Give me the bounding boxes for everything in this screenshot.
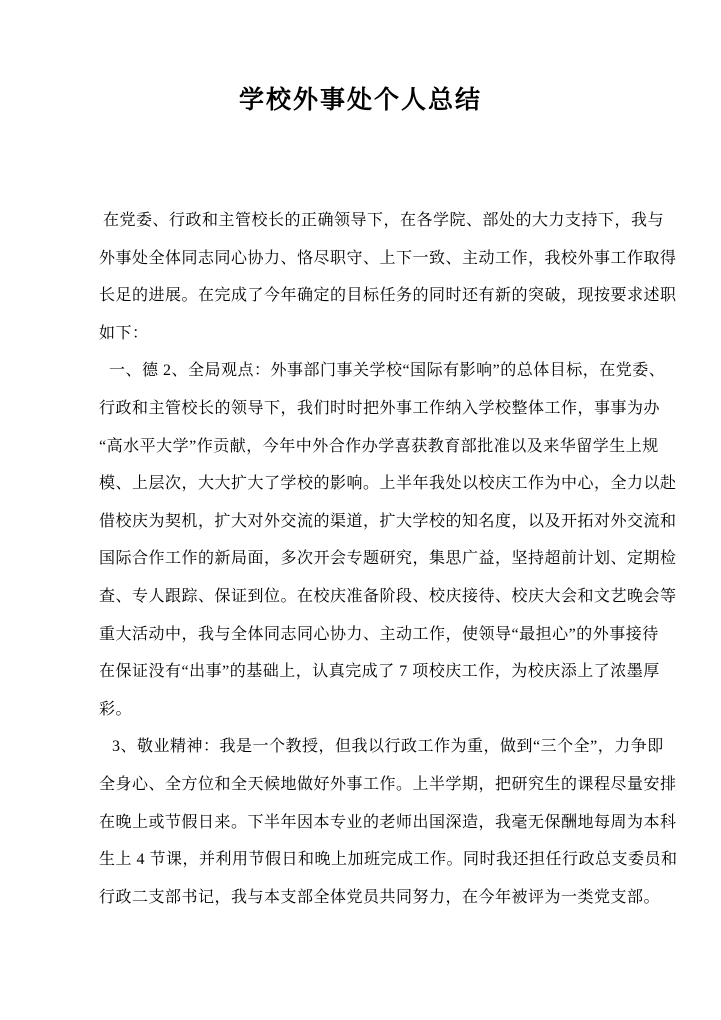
text-line: 长足的进展。在完成了今年确定的目标任务的同时还有新的突破，现按要求述职 <box>99 277 622 315</box>
text-line: 行政和主管校长的领导下，我们时时把外事工作纳入学校整体工作，事事为办 <box>99 390 622 428</box>
paragraph: 在党委、行政和主管校长的正确领导下，在各学院、部处的大力支持下，我与外事处全体同… <box>99 202 622 352</box>
text-line: 借校庆为契机，扩大对外交流的渠道，扩大学校的知名度，以及开拓对外交流和 <box>99 503 622 541</box>
document-page: 学校外事处个人总结 在党委、行政和主管校长的正确领导下，在各学院、部处的大力支持… <box>0 0 721 1020</box>
text-line: 行政二支部书记，我与本支部全体党员共同努力，在今年被评为一类党支部。 <box>99 879 622 917</box>
document-title: 学校外事处个人总结 <box>0 86 721 116</box>
text-line: 3、敬业精神：我是一个教授，但我以行政工作为重，做到“三个全”，力争即 <box>99 728 622 766</box>
text-line: 生上 4 节课，并利用节假日和晚上加班完成工作。同时我还担任行政总支委员和 <box>99 841 622 879</box>
text-line: 在党委、行政和主管校长的正确领导下，在各学院、部处的大力支持下，我与 <box>99 202 622 240</box>
text-line: 彩。 <box>99 691 622 729</box>
text-line: 查、专人跟踪、保证到位。在校庆准备阶段、校庆接待、校庆大会和文艺晚会等 <box>99 578 622 616</box>
text-line: 在保证没有“出事”的基础上，认真完成了 7 项校庆工作，为校庆添上了浓墨厚 <box>99 653 622 691</box>
text-line: 外事处全体同志同心协力、恪尽职守、上下一致、主动工作，我校外事工作取得 <box>99 240 622 278</box>
text-line: 重大活动中，我与全体同志同心协力、主动工作，使领导“最担心”的外事接待 <box>99 616 622 654</box>
text-line: 国际合作工作的新局面，多次开会专题研究，集思广益，坚持超前计划、定期检 <box>99 540 622 578</box>
text-line: 一、德 2、全局观点：外事部门事关学校“国际有影响”的总体目标，在党委、 <box>99 352 622 390</box>
text-line: 在晚上或节假日来。下半年因本专业的老师出国深造，我毫无保酬地每周为本科 <box>99 804 622 842</box>
text-line: “高水平大学”作贡献，今年中外合作办学喜获教育部批准以及来华留学生上规 <box>99 428 622 466</box>
paragraph: 3、敬业精神：我是一个教授，但我以行政工作为重，做到“三个全”，力争即全身心、全… <box>99 728 622 916</box>
text-line: 如下： <box>99 315 622 353</box>
text-line: 全身心、全方位和全天候地做好外事工作。上半学期，把研究生的课程尽量安排 <box>99 766 622 804</box>
paragraph: 一、德 2、全局观点：外事部门事关学校“国际有影响”的总体目标，在党委、行政和主… <box>99 352 622 728</box>
text-line: 模、上层次，大大扩大了学校的影响。上半年我处以校庆工作为中心，全力以赴 <box>99 465 622 503</box>
document-body: 在党委、行政和主管校长的正确领导下，在各学院、部处的大力支持下，我与外事处全体同… <box>99 202 622 916</box>
